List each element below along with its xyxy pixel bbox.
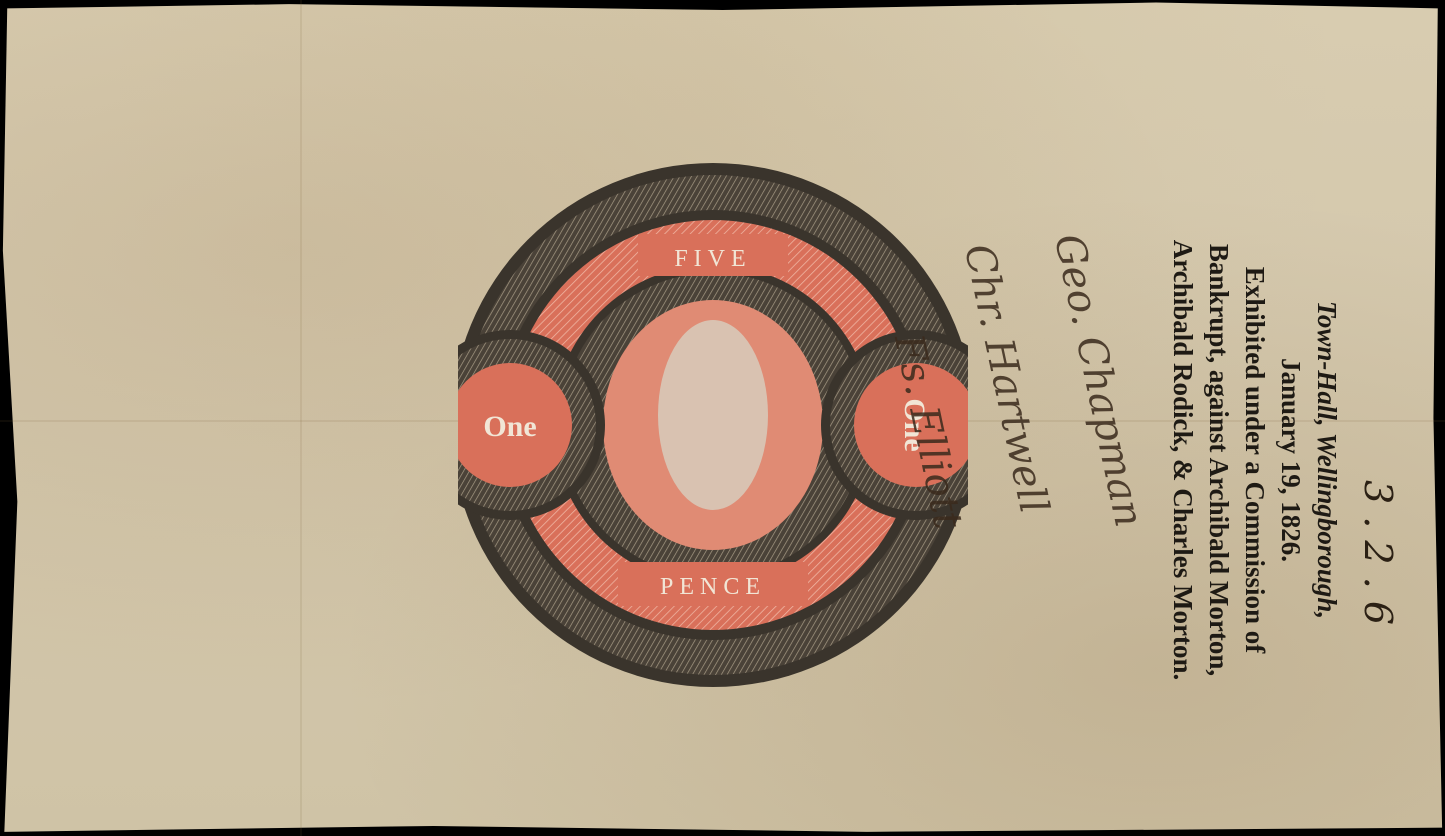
endorsement-line: Exhibited under a Commission of bbox=[1237, 200, 1273, 720]
endorsement-location: Town-Hall, Wellingborough, bbox=[1309, 200, 1345, 720]
left-roundel-label: One bbox=[483, 410, 536, 443]
five-pence-emblem: FIVE PENCE One One bbox=[458, 160, 968, 690]
emblem-bottom-label: PENCE bbox=[660, 574, 766, 600]
emblem-top-label: FIVE bbox=[674, 246, 751, 272]
endorsement-line: Archibald Rodick, & Charles Morton. bbox=[1165, 200, 1201, 720]
endorsement-line: Bankrupt, against Archibald Morton, bbox=[1201, 200, 1237, 720]
printed-endorsement: Town-Hall, Wellingborough, January 19, 1… bbox=[1145, 200, 1345, 720]
endorsement-date: January 19, 1826. bbox=[1273, 200, 1309, 720]
handwritten-amount: 3 . 2 . 6 bbox=[1356, 480, 1400, 625]
paper-crease bbox=[300, 0, 302, 836]
